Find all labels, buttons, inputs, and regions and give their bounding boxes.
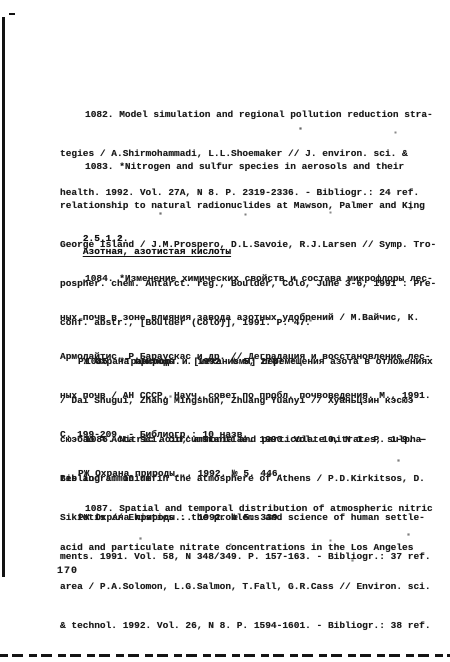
scan-edge-left-line [2,17,5,577]
reference-line: 1087. Spatial and temporal distribution … [60,502,448,515]
reference-entry-1087: 1087. Spatial and temporal distribution … [60,476,448,658]
reference-line: relationship to natural radionuclides at… [60,199,448,212]
reference-line: acid and particulate nitrate concentrati… [60,541,448,554]
reference-line: 1084. *Изменение химических свойств и со… [60,272,448,285]
page-number: 170 [57,566,78,577]
reference-line: area / P.A.Solomon, L.G.Salmon, T.Fall, … [60,580,448,593]
scan-mark-top [9,13,15,15]
section-number: 2.5.1.2. [83,233,129,244]
reference-line: ных почв в зоне влияния завода азотных у… [60,311,448,324]
reference-line: 1085. *Транспорт и [механизмы] перемещен… [60,355,448,368]
reference-line: / Dai Shugui, Zhang Mingshun, Zhuang Yua… [60,394,448,407]
scan-noise-specks [0,0,1,1]
reference-line: & technol. 1992. Vol. 26, N 8. P. 1594-1… [60,619,448,632]
reference-line: 1083. *Nitrogen and sulfur species in ae… [60,160,448,173]
reference-line: 1086. Nitric acid, ammonia and particula… [60,433,448,446]
scanned-page: 1082. Model simulation and regional poll… [0,0,450,662]
reference-line: 1082. Model simulation and regional poll… [60,108,448,121]
